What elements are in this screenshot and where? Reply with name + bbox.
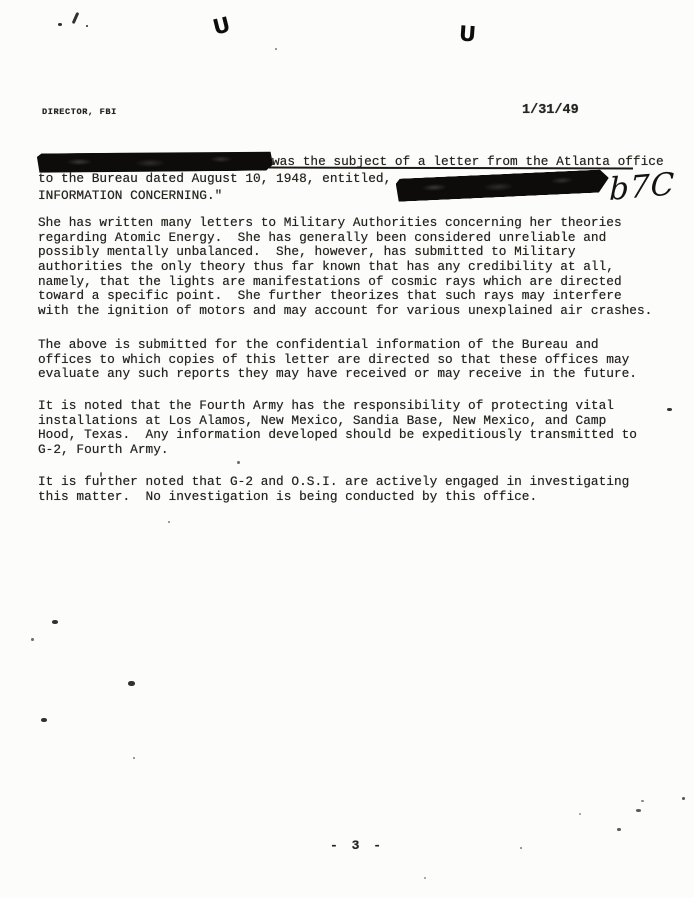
scan-speck [128,681,135,686]
paragraph-2: She has written many letters to Military… [38,216,652,319]
redaction-bar-name [37,151,273,174]
margin-u-mark-right: U [458,21,477,46]
memo-date: 1/31/49 [522,103,579,118]
scan-speck [636,809,641,812]
scan-speck [667,408,672,411]
page-number: - 3 - [330,838,384,853]
scan-speck [52,620,58,624]
redaction-bar-title [396,169,610,202]
scan-speck [641,800,644,802]
paragraph-4: It is noted that the Fourth Army has the… [38,399,637,458]
scan-speck [237,461,240,464]
scan-speck [41,718,47,722]
scan-speck [682,797,685,800]
scan-speck [72,12,80,24]
paragraph-3: The above is submitted for the confident… [38,338,637,382]
scan-speck [168,521,170,523]
underline-mark [269,167,633,170]
scanned-memo-page: U U DIRECTOR, FBI 1/31/49 was the subjec… [0,0,694,898]
scan-speck [275,48,277,50]
scan-speck [100,472,102,477]
scan-speck [58,23,62,26]
scan-speck [520,847,522,849]
memo-recipient: DIRECTOR, FBI [42,107,117,117]
scan-speck [424,877,426,879]
paragraph-1-line-2: to the Bureau dated August 10, 1948, ent… [38,171,391,186]
scan-speck [617,828,621,831]
scan-speck [133,757,135,759]
paragraph-5: It is further noted that G-2 and O.S.I. … [38,475,629,504]
paragraph-1-line-3: INFORMATION CONCERNING." [38,188,222,203]
handwritten-exemption-code: b7C [609,166,676,208]
scan-speck [579,813,581,815]
scan-speck [31,638,34,641]
margin-u-mark-left: U [210,12,232,39]
scan-speck [86,25,88,27]
